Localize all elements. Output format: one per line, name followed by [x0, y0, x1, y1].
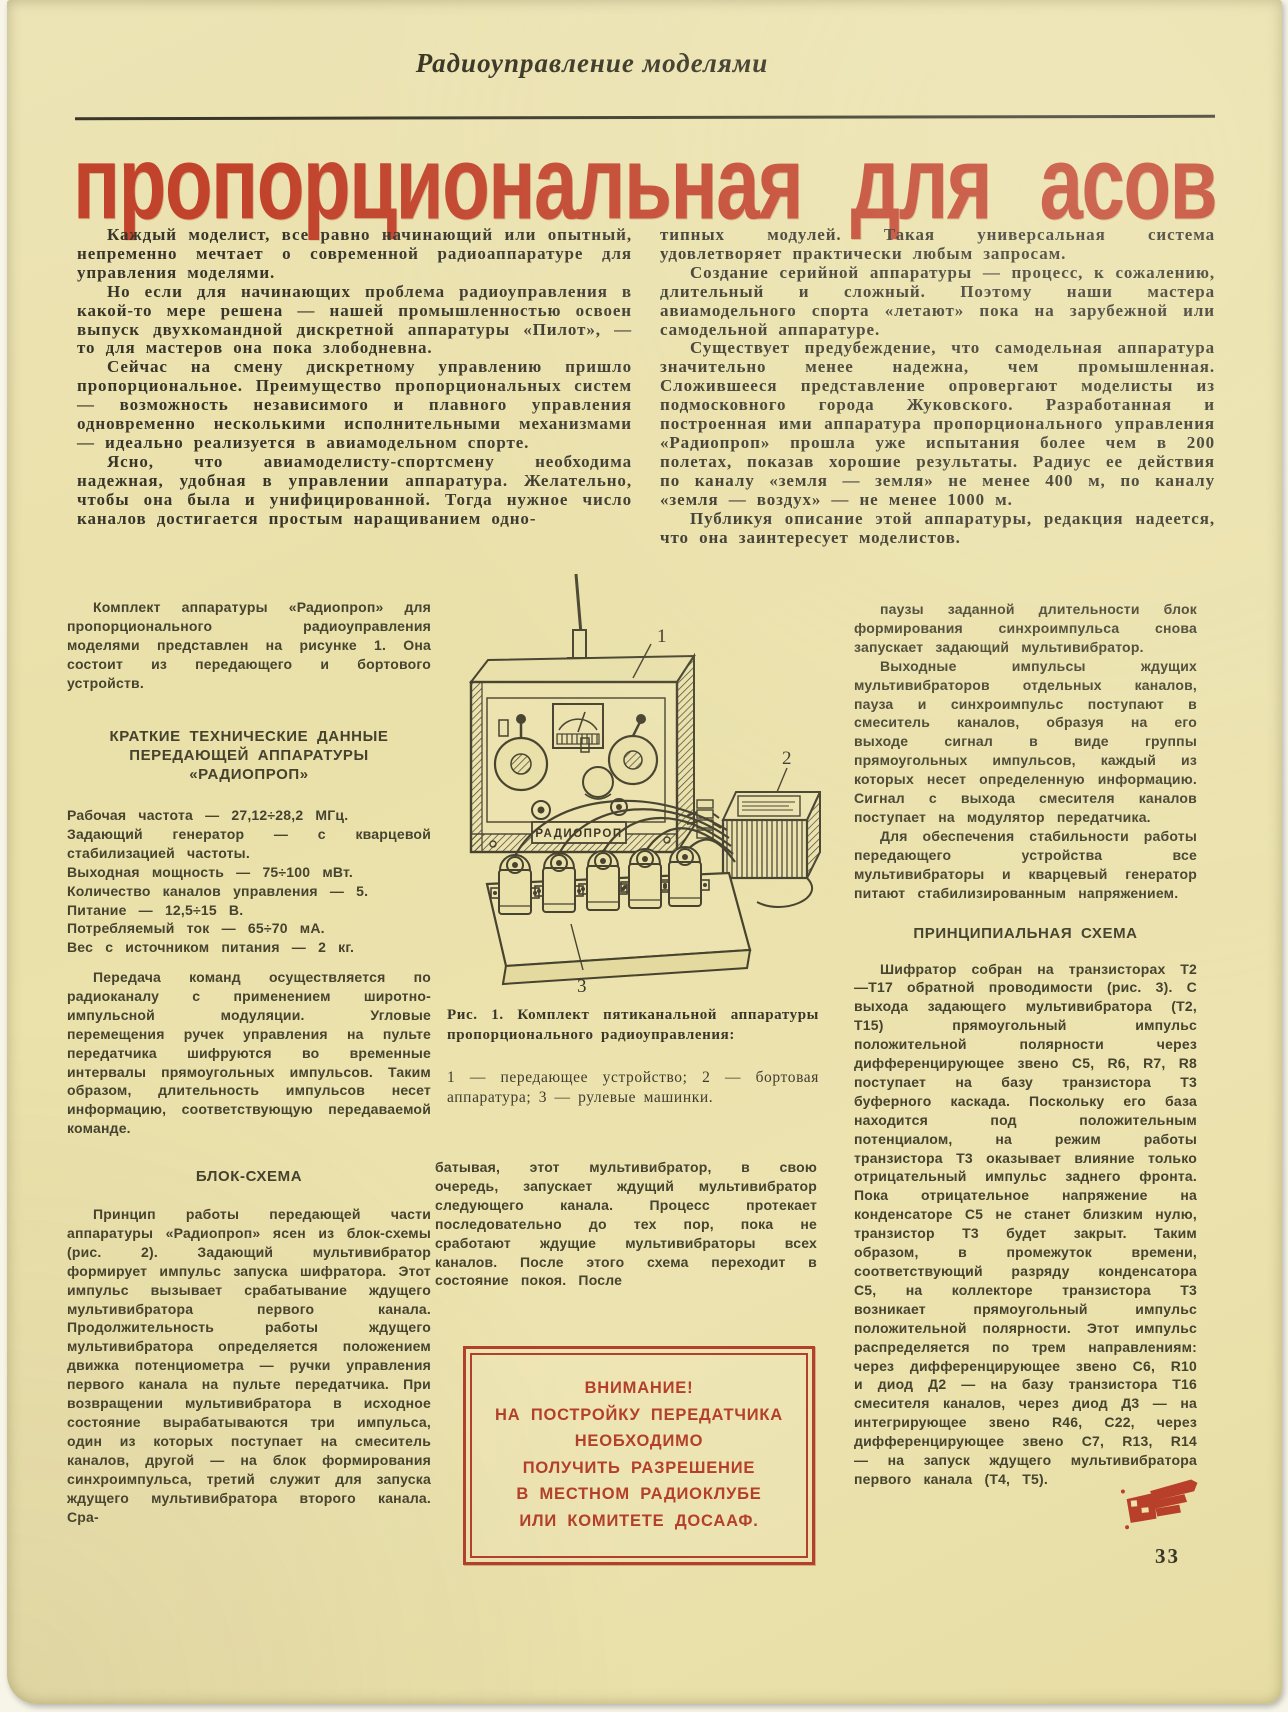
receiver-drawing — [723, 792, 820, 907]
paragraph: батывая, этот мультивибратор, в свою оче… — [435, 1158, 817, 1290]
paragraph: Принцип работы передающей части аппарату… — [67, 1205, 431, 1526]
intro-paragraph: Каждый моделист, все равно начинающий ил… — [77, 226, 632, 283]
page-number: 33 — [1155, 1546, 1180, 1567]
attention-box: ВНИМАНИЕ! НА ПОСТРОЙКУ ПЕРЕДАТЧИКА НЕОБХ… — [463, 1346, 815, 1565]
intro-paragraph: Создание серийной аппаратуры — процесс, … — [660, 264, 1215, 340]
intro-paragraph: Но если для начинающих проблема радиоупр… — [77, 283, 632, 359]
paragraph: Передача команд осуществляется по радиок… — [67, 968, 431, 1138]
spec-line: Выходная мощность — 75÷100 мВт. — [67, 863, 431, 882]
intro-right-column: типных модулей. Такая универсальная сист… — [660, 226, 1215, 547]
figure-1-illustration: РАДИОПРОП — [435, 572, 821, 1004]
paragraph: Шифратор собран на транзисторах Т2—Т17 о… — [854, 960, 1197, 1489]
block-diagram-heading: БЛОК-СХЕМА — [67, 1167, 431, 1186]
spec-line: Задающий генератор — с кварцевой стабили… — [67, 825, 431, 863]
rubric-header: Радиоуправление моделями — [7, 50, 1177, 77]
paragraph: паузы заданной длительности блок формиро… — [854, 600, 1197, 657]
spec-line: Рабочая частота — 27,12÷28,2 МГц. — [67, 806, 431, 825]
right-column: паузы заданной длительности блок формиро… — [854, 600, 1197, 1489]
intro-left-column: Каждый моделист, все равно начинающий ил… — [77, 226, 632, 547]
attention-line: ВНИМАНИЕ! — [482, 1375, 796, 1402]
intro-paragraph: Существует предубеждение, что самодельна… — [660, 339, 1215, 509]
article-title: пропорциональная для асов — [73, 128, 1216, 237]
specs-heading: КРАТКИЕ ТЕХНИЧЕСКИЕ ДАННЫЕ ПЕРЕДАЮЩЕЙ АП… — [99, 727, 399, 784]
transmission-paragraph: Передача команд осуществляется по радиок… — [67, 968, 431, 1138]
paragraph: Выходные импульсы ждущих мультивибраторо… — [854, 657, 1197, 827]
magazine-page: Радиоуправление моделями пропорциональна… — [7, 0, 1282, 1704]
figure-caption: Рис. 1. Комплект пятиканальной аппаратур… — [447, 1006, 819, 1045]
intro-paragraph: типных модулей. Такая универсальная сист… — [660, 226, 1215, 264]
attention-box-inner: ВНИМАНИЕ! НА ПОСТРОЙКУ ПЕРЕДАТЧИКА НЕОБХ… — [470, 1353, 808, 1558]
pointing-hand-icon — [1119, 1470, 1208, 1533]
intro-paragraph: Публикуя описание этой аппаратуры, редак… — [660, 510, 1215, 548]
attention-line: ИЛИ КОМИТЕТЕ ДОСААФ. — [482, 1508, 796, 1535]
callout-3: 3 — [577, 976, 587, 997]
attention-line: ПОЛУЧИТЬ РАЗРЕШЕНИЕ — [482, 1455, 796, 1482]
attention-line: НЕОБХОДИМО — [482, 1428, 796, 1455]
header-rule — [75, 115, 1215, 120]
schematic-heading: ПРИНЦИПИАЛЬНАЯ СХЕМА — [854, 924, 1197, 943]
paragraph: Для обеспечения стабильности работы пере… — [854, 827, 1197, 903]
transmitter-drawing: РАДИОПРОП — [471, 656, 694, 852]
meter — [553, 704, 603, 748]
callout-2: 2 — [782, 748, 792, 769]
attention-line: НА ПОСТРОЙКУ ПЕРЕДАТЧИКА — [482, 1402, 796, 1429]
figure-legend: 1 — передающее устройство; 2 — бортовая … — [447, 1068, 819, 1107]
specs-list: Рабочая частота — 27,12÷28,2 МГц. Задающ… — [67, 806, 431, 957]
figure-1-drawing: РАДИОПРОП — [435, 572, 821, 1004]
spec-line: Потребляемый ток — 65÷70 мА. — [67, 919, 431, 938]
intro-paragraph: Сейчас на смену дискретному управлению п… — [77, 358, 632, 453]
servo-machines — [491, 847, 709, 914]
spec-line: Питание — 12,5÷15 В. — [67, 901, 431, 920]
attention-line: В МЕСТНОМ РАДИОКЛУБЕ — [482, 1481, 796, 1508]
intro-section: Каждый моделист, все равно начинающий ил… — [77, 226, 1215, 547]
spec-line: Вес с источником питания — 2 кг. — [67, 938, 431, 957]
block-diagram-paragraph: Принцип работы передающей части аппарату… — [67, 1205, 431, 1526]
paragraph: Комплект аппаратуры «Радиопроп» для проп… — [67, 598, 431, 693]
middle-continued-paragraph: батывая, этот мультивибратор, в свою оче… — [435, 1158, 817, 1290]
left-column-kit-paragraph: Комплект аппаратуры «Радиопроп» для проп… — [67, 598, 431, 693]
spec-line: Количество каналов управления — 5. — [67, 882, 431, 901]
intro-paragraph: Ясно, что авиамоделисту-спортсмену необх… — [77, 453, 632, 529]
callout-1: 1 — [657, 626, 667, 647]
